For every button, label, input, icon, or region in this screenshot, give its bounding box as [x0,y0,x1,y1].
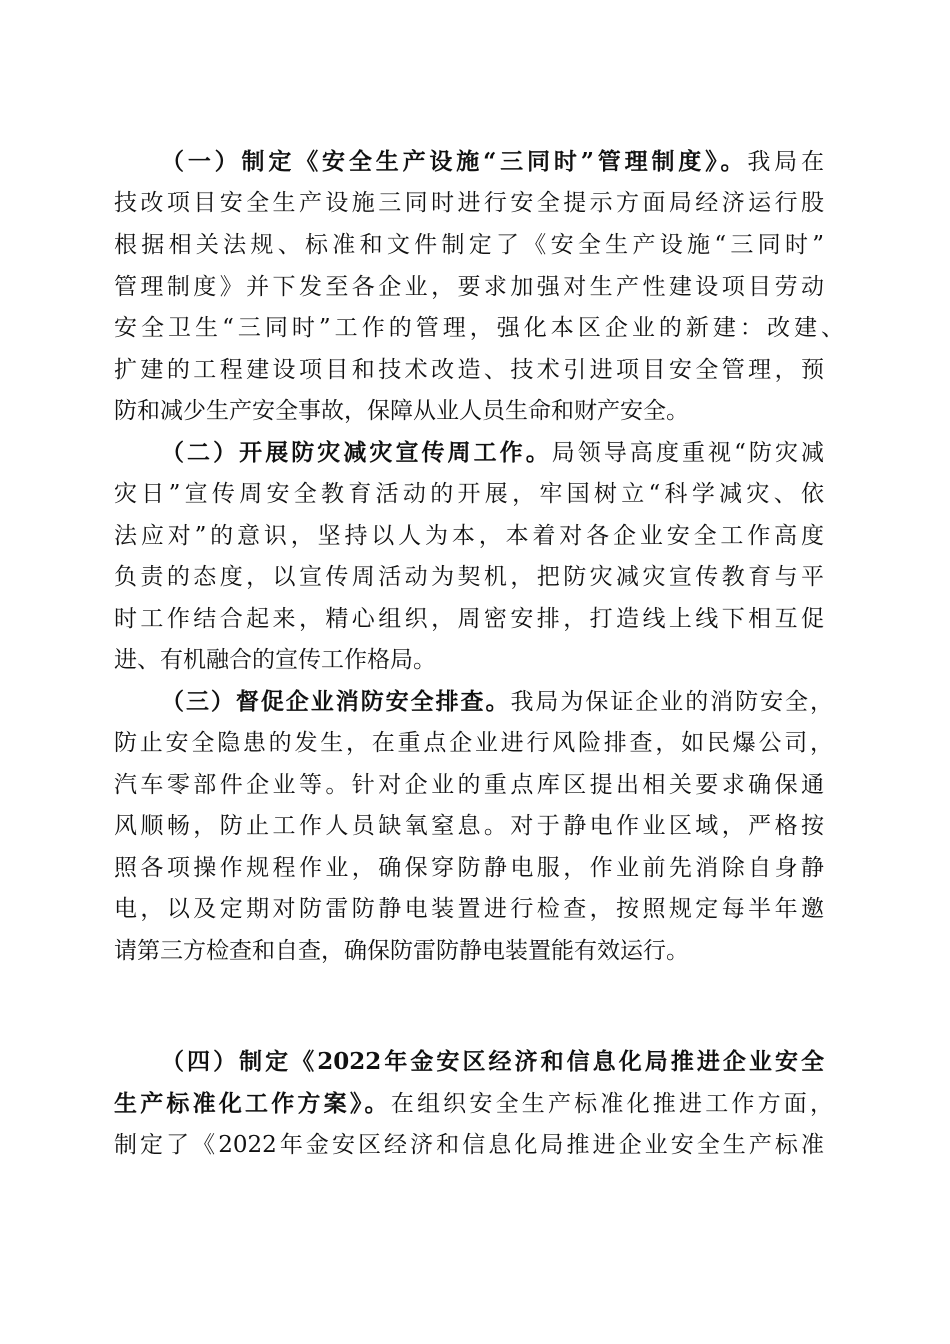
paragraph-4-line-1: （四）制定《2022年金安区经济和信息化局推进企业安全 [161,1042,824,1082]
paragraph-2-line-1: （二）开展防灾减灾宣传周工作。局领导高度重视“防灾减 [161,433,824,473]
heading-3: （三）督促企业消防安全排查。 [161,688,510,715]
paragraph-2-line-6: 进、有机融合的宣传工作格局。 [114,640,824,680]
paragraph-3-line-6: 电，以及定期对防雷防静电装置进行检查，按照规定每半年邀 [114,889,824,929]
document-page: （一）制定《安全生产设施“三同时”管理制度》。我局在 技改项目安全生产设施三同时… [0,0,950,1344]
paragraph-1-line-5: 安全卫生“三同时”工作的管理，强化本区企业的新建：改建、 [114,308,844,348]
paragraph-2-line-2: 灾日”宣传周安全教育活动的开展，牢国树立“科学减灾、依 [114,474,824,514]
paragraph-2-line-4: 负责的态度，以宣传周活动为契机，把防灾减灾宣传教育与平 [114,557,824,597]
paragraph-1-line-4: 管理制度》并下发至各企业，要求加强对生产性建设项目劳动 [114,267,824,307]
paragraph-1-line-1: （一）制定《安全生产设施“三同时”管理制度》。我局在 [161,142,824,182]
paragraph-3-line-5: 照各项操作规程作业，确保穿防静电服，作业前先消除自身静 [114,848,824,888]
paragraph-1-line-3: 根据相关法规、标准和文件制定了《安全生产设施“三同时” [114,225,824,265]
heading-2: （二）开展防灾减灾宣传周工作。 [161,439,552,466]
paragraph-1-line-2: 技改项目安全生产设施三同时进行安全提示方面局经济运行股 [114,183,824,223]
paragraph-2-line-3: 法应对”的意识，坚持以人为本，本着对各企业安全工作高度 [114,516,824,556]
heading-1: （一）制定《安全生产设施“三同时”管理制度》。 [161,148,747,175]
paragraph-1-line-6: 扩建的工程建设项目和技术改造、技术引进项目安全管理，预 [114,350,824,390]
paragraph-1-line-7: 防和减少生产安全事故，保障从业人员生命和财产安全。 [114,391,824,431]
paragraph-2-line-5: 时工作结合起来，精心组织，周密安排，打造线上线下相互促 [114,599,824,639]
paragraph-3-line-2: 防止安全隐患的发生，在重点企业进行风险排查，如民爆公司， [114,723,833,763]
paragraph-3-line-3: 汽车零部件企业等。针对企业的重点库区提出相关要求确保通 [114,765,824,805]
paragraph-4-line-2: 生产标准化工作方案》。在组织安全生产标准化推进工作方面， [114,1084,833,1124]
paragraph-4-line-3: 制定了《2022年金安区经济和信息化局推进企业安全生产标准 [114,1125,824,1165]
paragraph-3-line-1: （三）督促企业消防安全排查。我局为保证企业的消防安全， [161,682,833,722]
paragraph-3-line-4: 风顺畅，防止工作人员缺氧窒息。对于静电作业区域，严格按 [114,806,824,846]
heading-4: （四）制定《2022年金安区经济和信息化局推进企业安全 [161,1048,824,1075]
paragraph-3-line-7: 请第三方检查和自查，确保防雷防静电装置能有效运行。 [114,931,824,971]
heading-4-continued: 生产标准化工作方案》。 [114,1090,391,1117]
